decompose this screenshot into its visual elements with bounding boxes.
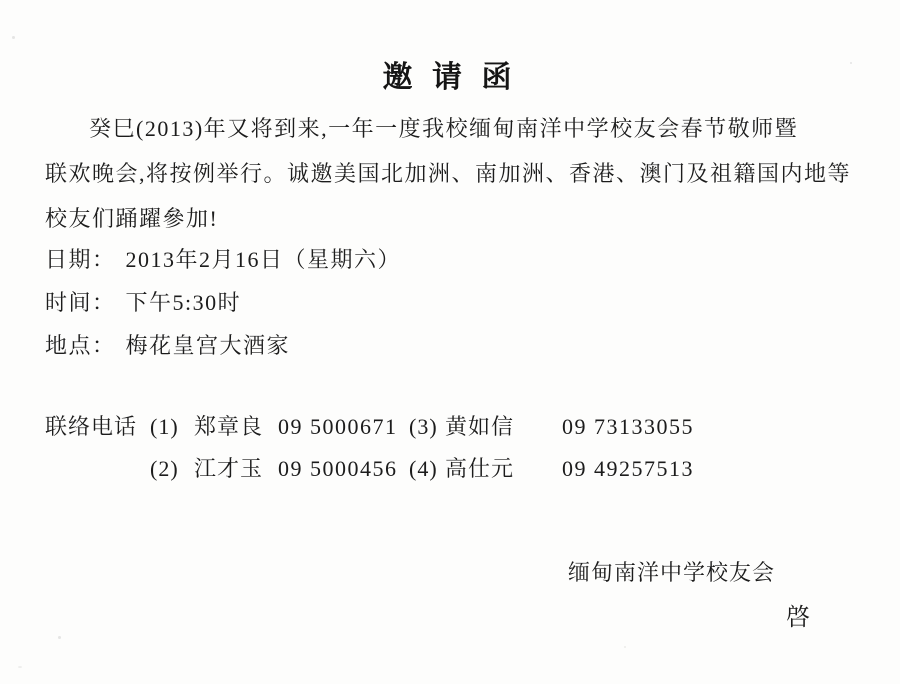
time-value: 下午5:30时 <box>126 290 242 315</box>
detail-row-date: 日期：2013年2月16日（星期六） <box>45 238 401 281</box>
paragraph-line-1: 癸巳(2013)年又将到来,一年一度我校缅甸南洋中学校友会春节敬师暨 <box>45 106 870 151</box>
document-title: 邀 请 函 <box>0 52 900 96</box>
signature-closing: 啓 <box>786 597 810 632</box>
contact-row-2: (2) 江才玉 09 5000456 (4) 高仕元 09 49257513 <box>45 448 880 490</box>
contacts-heading-spacer <box>45 448 150 490</box>
contact-row-1: 联络电话 (1) 郑章良 09 5000671 (3) 黄如信 09 73133… <box>45 406 880 448</box>
contact-phone: 09 49257513 <box>562 448 880 490</box>
body-paragraph: 癸巳(2013)年又将到来,一年一度我校缅甸南洋中学校友会春节敬师暨 联欢晚会,… <box>45 106 870 241</box>
paragraph-line-3: 校友们踊躍參加! <box>45 196 870 241</box>
contact-phone: 09 5000671 <box>278 406 409 448</box>
contact-phone: 09 5000456 <box>278 448 409 490</box>
invitation-letter-scan: 邀 请 函 癸巳(2013)年又将到来,一年一度我校缅甸南洋中学校友会春节敬师暨… <box>0 0 900 684</box>
detail-row-venue: 地点：梅花皇宫大酒家 <box>45 324 401 367</box>
contact-number-label: (1) <box>150 406 194 448</box>
contact-name: 江才玉 <box>194 448 278 490</box>
contact-name: 郑章良 <box>194 406 278 448</box>
contact-name: 黄如信 <box>445 406 562 448</box>
contact-number-label: (4) <box>409 448 445 490</box>
scan-speckle <box>18 666 22 668</box>
contacts-heading: 联络电话 <box>45 406 150 448</box>
event-details: 日期：2013年2月16日（星期六） 时间：下午5:30时 地点：梅花皇宫大酒家 <box>45 238 401 367</box>
contact-number-label: (3) <box>409 406 445 448</box>
date-label: 日期： <box>45 247 116 272</box>
time-label: 时间： <box>45 290 116 315</box>
scan-speckle <box>624 646 626 648</box>
contact-number-label: (2) <box>150 448 194 490</box>
signature-organization: 缅甸南洋中学校友会 <box>568 556 775 587</box>
detail-row-time: 时间：下午5:30时 <box>45 281 401 324</box>
contact-section: 联络电话 (1) 郑章良 09 5000671 (3) 黄如信 09 73133… <box>45 406 880 490</box>
contact-phone: 09 73133055 <box>562 406 880 448</box>
scan-speckle <box>58 636 61 639</box>
date-value: 2013年2月16日（星期六） <box>126 247 402 272</box>
venue-value: 梅花皇宫大酒家 <box>126 333 291 358</box>
scan-speckle <box>12 36 15 39</box>
paragraph-line-2: 联欢晚会,将按例举行。诚邀美国北加洲、南加洲、香港、澳门及祖籍国内地等 <box>45 151 870 196</box>
contact-name: 高仕元 <box>445 448 562 490</box>
venue-label: 地点： <box>45 333 116 358</box>
